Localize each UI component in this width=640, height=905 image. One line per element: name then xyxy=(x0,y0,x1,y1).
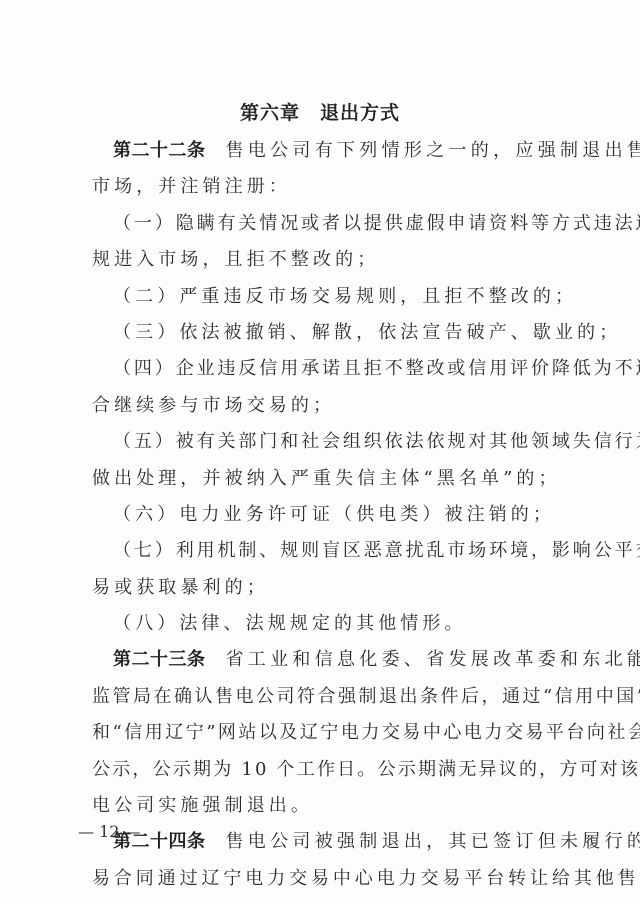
article-22: 第二十二条 售电公司有下列情形之一的，应强制退出售电 市场，并注销注册： （一）… xyxy=(92,133,554,642)
document-body: 第二十二条 售电公司有下列情形之一的，应强制退出售电 市场，并注销注册： （一）… xyxy=(92,133,554,897)
item-label: （六） xyxy=(113,497,179,533)
article-heading: 第二十三条 xyxy=(113,642,206,678)
item-5-line-1: （五） 被有关部门和社会组织依法依规对其他领域失信行为 xyxy=(92,424,554,460)
item-label: （一） xyxy=(113,206,176,242)
article-24-line-1: 第二十四条 售电公司被强制退出，其已签订但未履行的交 xyxy=(92,824,554,860)
article-23: 第二十三条 省工业和信息化委、省发展改革委和东北能源 监管局在确认售电公司符合强… xyxy=(92,642,554,824)
item-text: 利用机制、规则盲区恶意扰乱市场环境，影响公平交 xyxy=(176,533,640,569)
item-6: （六） 电力业务许可证（供电类）被注销的； xyxy=(92,497,554,533)
item-4-line-1: （四） 企业违反信用承诺且拒不整改或信用评价降低为不适 xyxy=(92,351,554,387)
item-label: （七） xyxy=(113,533,176,569)
article-23-line-1: 第二十三条 省工业和信息化委、省发展改革委和东北能源 xyxy=(92,642,554,678)
article-24-line-2: 易合同通过辽宁电力交易中心电力交易平台转让给其他售电公司 xyxy=(92,861,554,897)
article-text: 售电公司被强制退出，其已签订但未履行的交 xyxy=(226,824,640,860)
article-23-line-4: 公示，公示期为 10 个工作日。公示期满无异议的，方可对该售 xyxy=(92,752,554,788)
item-text: 企业违反信用承诺且拒不整改或信用评价降低为不适 xyxy=(176,351,640,387)
item-text: 电力业务许可证（供电类）被注销的； xyxy=(179,497,555,533)
article-22-line-1: 第二十二条 售电公司有下列情形之一的，应强制退出售电 xyxy=(92,133,554,169)
article-23-line-2: 监管局在确认售电公司符合强制退出条件后，通过“信用中国” xyxy=(92,679,554,715)
item-7-line-2: 易或获取暴利的； xyxy=(92,570,554,606)
item-text: 被有关部门和社会组织依法依规对其他领域失信行为 xyxy=(176,424,640,460)
item-label: （三） xyxy=(113,315,179,351)
article-heading: 第二十二条 xyxy=(113,133,206,169)
item-3: （三） 依法被撤销、解散，依法宣告破产、歇业的； xyxy=(92,315,554,351)
item-5-line-2: 做出处理，并被纳入严重失信主体“黑名单”的； xyxy=(92,461,554,497)
article-text: 售电公司有下列情形之一的，应强制退出售电 xyxy=(226,133,640,169)
item-1-line-2: 规进入市场，且拒不整改的； xyxy=(92,242,554,278)
item-text: 严重违反市场交易规则，且拒不整改的； xyxy=(179,279,577,315)
article-22-line-2: 市场，并注销注册： xyxy=(92,169,554,205)
article-23-line-3: 和“信用辽宁”网站以及辽宁电力交易中心电力交易平台向社会 xyxy=(92,715,554,751)
item-label: （二） xyxy=(113,279,179,315)
item-7-line-1: （七） 利用机制、规则盲区恶意扰乱市场环境，影响公平交 xyxy=(92,533,554,569)
article-23-line-5: 电公司实施强制退出。 xyxy=(92,788,554,824)
item-8: （八） 法律、法规规定的其他情形。 xyxy=(92,606,554,642)
item-1-line-1: （一） 隐瞒有关情况或者以提供虚假申请资料等方式违法违 xyxy=(92,206,554,242)
item-text: 依法被撤销、解散，依法宣告破产、歇业的； xyxy=(179,315,621,351)
item-label: （八） xyxy=(113,606,179,642)
item-label: （四） xyxy=(113,351,176,387)
item-2: （二） 严重违反市场交易规则，且拒不整改的； xyxy=(92,279,554,315)
document-page: 第六章 退出方式 第二十二条 售电公司有下列情形之一的，应强制退出售电 市场，并… xyxy=(0,0,640,905)
item-text: 隐瞒有关情况或者以提供虚假申请资料等方式违法违 xyxy=(176,206,640,242)
item-text: 法律、法规规定的其他情形。 xyxy=(179,606,466,642)
item-label: （五） xyxy=(113,424,176,460)
article-24: 第二十四条 售电公司被强制退出，其已签订但未履行的交 易合同通过辽宁电力交易中心… xyxy=(92,824,554,897)
page-number: — 12 — xyxy=(78,822,141,841)
item-4-line-2: 合继续参与市场交易的； xyxy=(92,388,554,424)
article-text: 省工业和信息化委、省发展改革委和东北能源 xyxy=(226,642,640,678)
chapter-title: 第六章 退出方式 xyxy=(0,98,640,125)
